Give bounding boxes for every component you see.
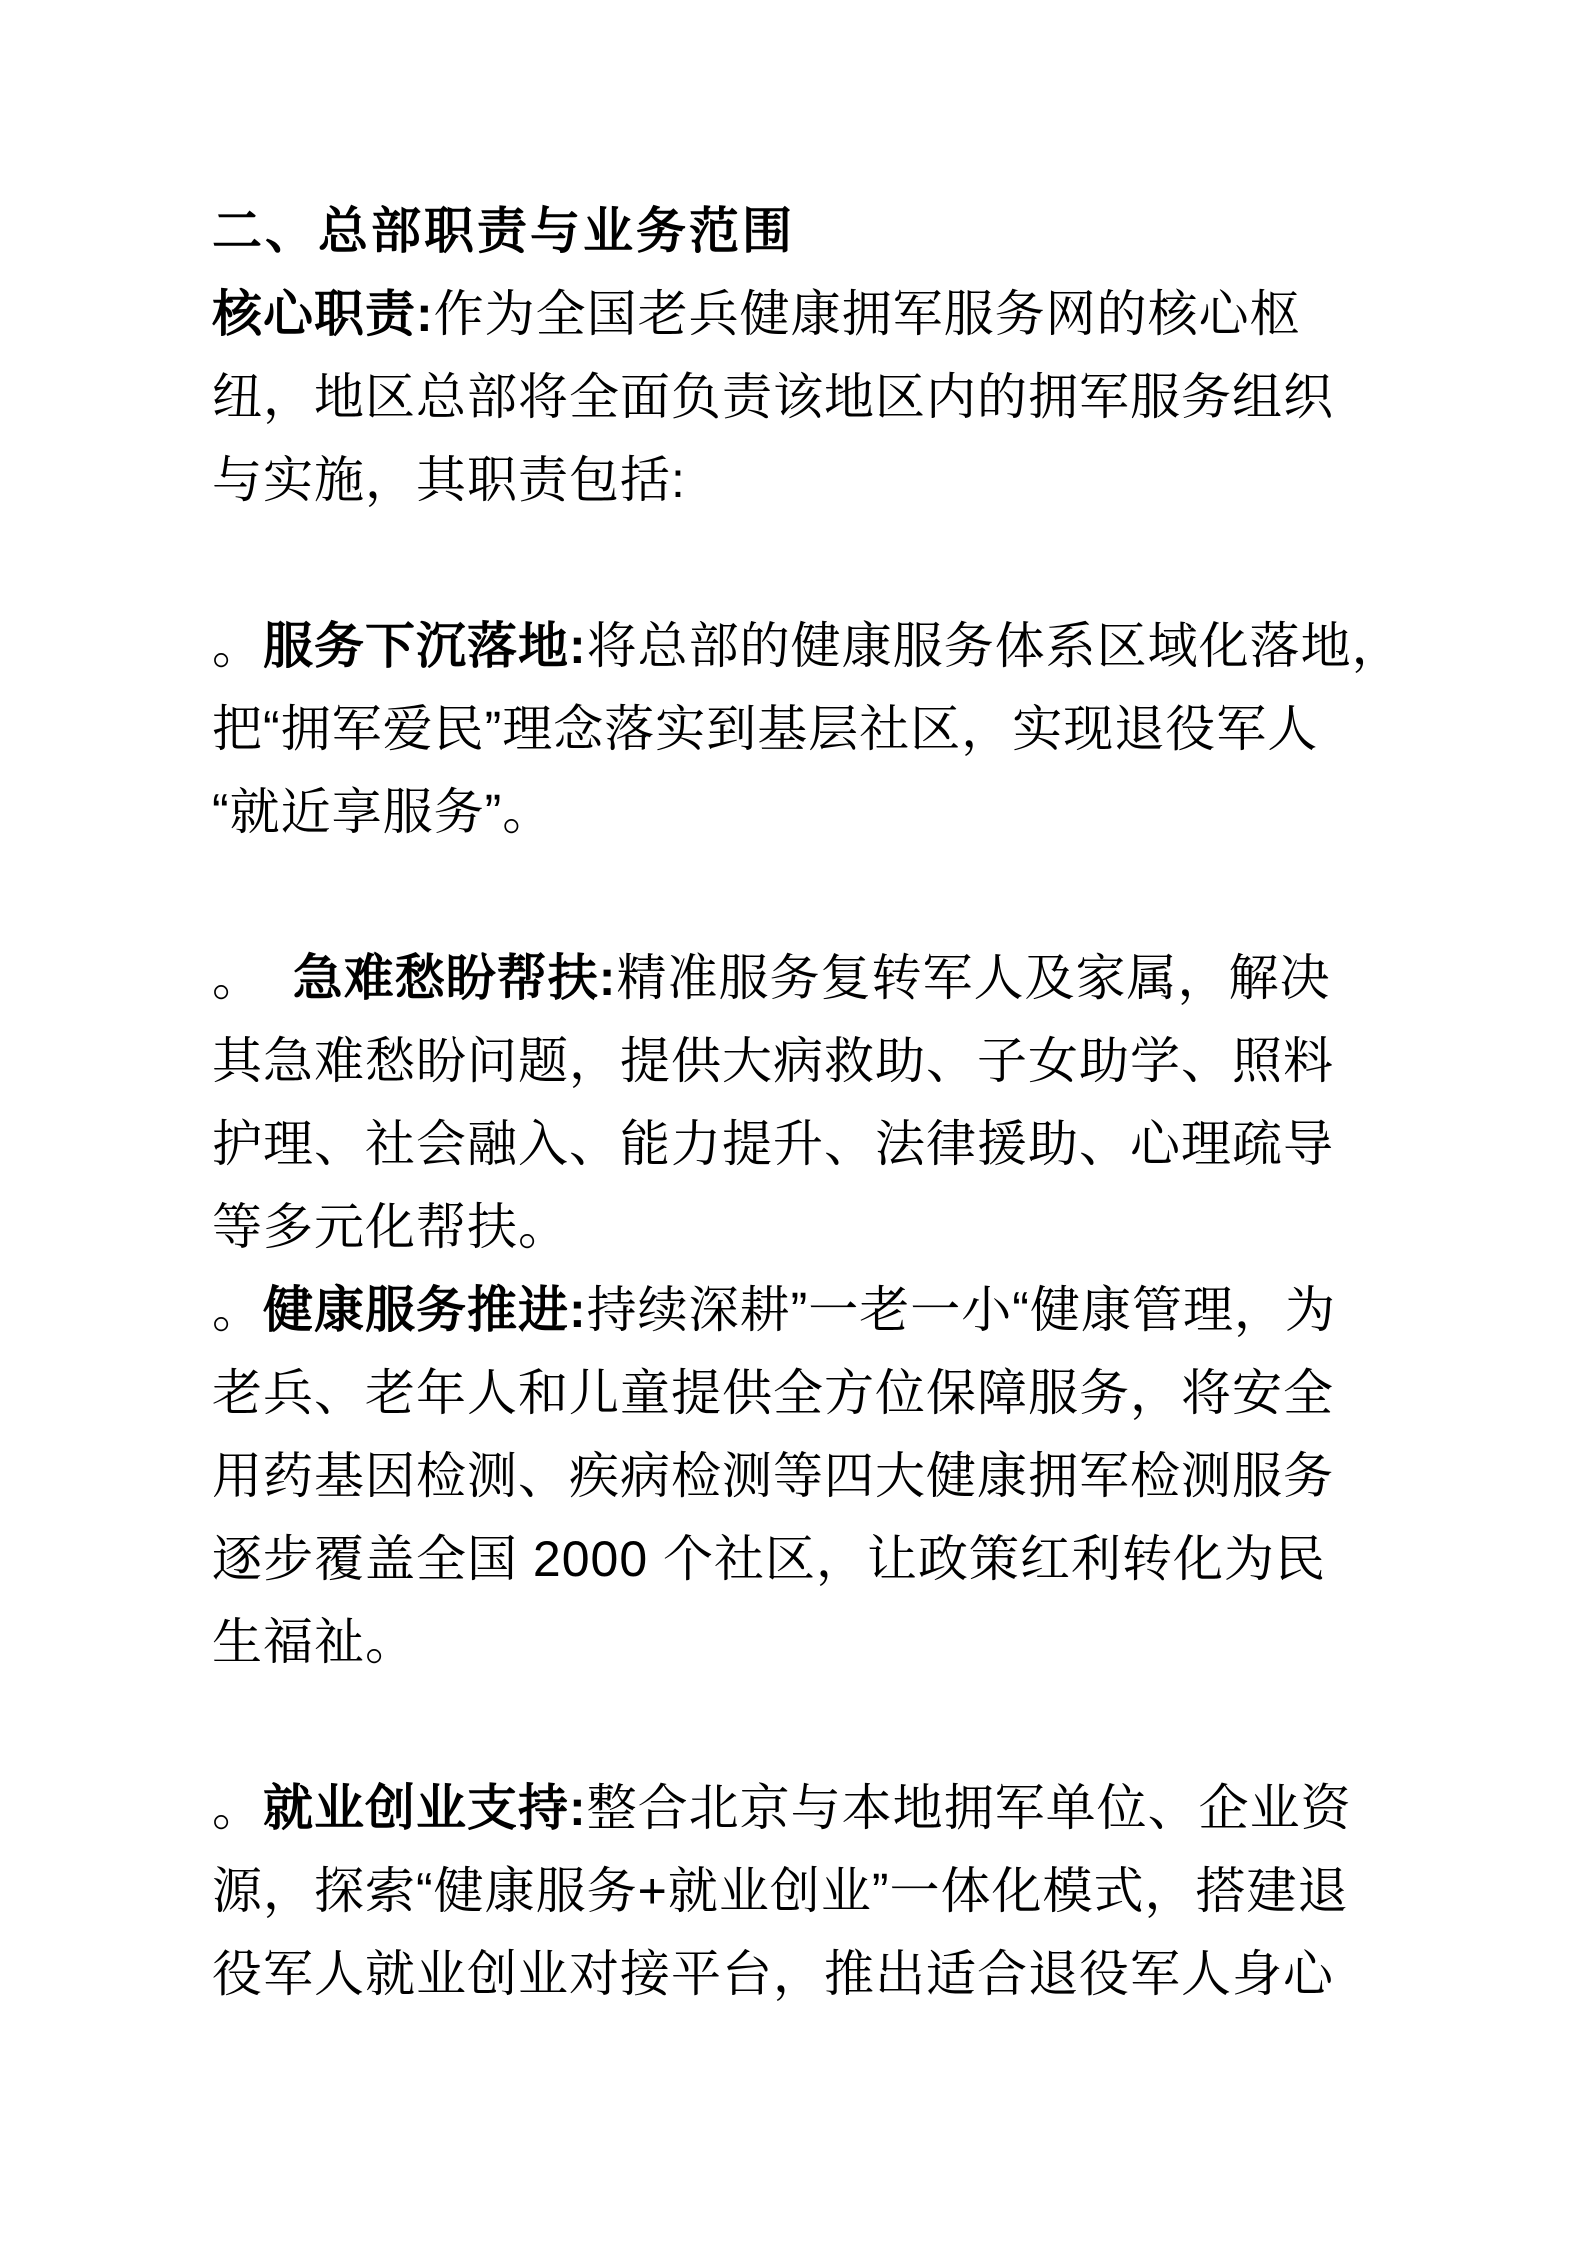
core-duty-line: 核心职责:作为全国老兵健康拥军服务网的核心枢	[212, 273, 1587, 356]
core-duty-line: 纽，地区总部将全面负责该地区内的拥军服务组织	[212, 356, 1587, 439]
core-duty-line: 与实施，其职责包括:	[212, 439, 1587, 522]
text-run: 护理、社会融入、能力提升、法律援助、心理疏导	[212, 1116, 1334, 1172]
text-run: 整合北京与本地拥军单位、企业资	[587, 1780, 1352, 1836]
bold-label: 就业创业支持:	[263, 1780, 587, 1836]
document-body: 二、总部职责与业务范围核心职责:作为全国老兵健康拥军服务网的核心枢纽，地区总部将…	[212, 190, 1587, 2016]
service-sinking-line: “就近享服务”。	[212, 771, 1587, 854]
text-run: 精准服务复转军人及家属，解决	[616, 950, 1330, 1006]
text-run: 逐步覆盖全国 2000 个社区，让政策红利转化为民	[212, 1531, 1326, 1587]
employment-support-line: 役军人就业创业对接平台，推出适合退役军人身心	[212, 1933, 1587, 2016]
text-run: 与实施，其职责包括:	[212, 452, 686, 508]
text-run: 纽，地区总部将全面负责该地区内的拥军服务组织	[212, 369, 1334, 425]
text-run: 。	[212, 950, 293, 1006]
service-sinking-line: 把“拥军爱民”理念落实到基层社区，实现退役军人	[212, 688, 1587, 771]
bold-label: 核心职责:	[212, 286, 434, 342]
blank-line	[212, 522, 1587, 605]
bold-label: 急难愁盼帮扶:	[293, 950, 617, 1006]
text-run: “就近享服务”。	[212, 784, 553, 840]
document-page: 二、总部职责与业务范围核心职责:作为全国老兵健康拥军服务网的核心枢纽，地区总部将…	[0, 0, 1587, 2245]
text-run: 持续深耕”一老一小“健康管理，为	[587, 1282, 1336, 1338]
text-run: 源，探索“健康服务+就业创业”一体化模式，搭建退	[212, 1863, 1349, 1919]
bold-label: 二、总部职责与业务范围	[212, 203, 795, 259]
health-service-line: 生福祉。	[212, 1601, 1587, 1684]
bold-label: 健康服务推进:	[263, 1282, 587, 1338]
employment-support-line: 。就业创业支持:整合北京与本地拥军单位、企业资	[212, 1767, 1587, 1850]
service-sinking-line: 。服务下沉落地:将总部的健康服务体系区域化落地，	[212, 605, 1587, 688]
health-service-line: 用药基因检测、疾病检测等四大健康拥军检测服务	[212, 1435, 1587, 1518]
text-run: 。	[212, 1282, 263, 1338]
health-service-line: 老兵、老年人和儿童提供全方位保障服务，将安全	[212, 1352, 1587, 1435]
text-run: 等多元化帮扶。	[212, 1199, 569, 1255]
text-run: 役军人就业创业对接平台，推出适合退役军人身心	[212, 1946, 1334, 2002]
urgent-help-line: 。 急难愁盼帮扶:精准服务复转军人及家属，解决	[212, 937, 1587, 1020]
text-run: 老兵、老年人和儿童提供全方位保障服务，将安全	[212, 1365, 1334, 1421]
text-run: 生福祉。	[212, 1614, 416, 1670]
section-heading-line: 二、总部职责与业务范围	[212, 190, 1587, 273]
text-run: 用药基因检测、疾病检测等四大健康拥军检测服务	[212, 1448, 1334, 1504]
text-run: 作为全国老兵健康拥军服务网的核心枢	[434, 286, 1301, 342]
health-service-line: 逐步覆盖全国 2000 个社区，让政策红利转化为民	[212, 1518, 1587, 1601]
blank-line	[212, 854, 1587, 937]
urgent-help-line: 护理、社会融入、能力提升、法律援助、心理疏导	[212, 1103, 1587, 1186]
urgent-help-line: 其急难愁盼问题，提供大病救助、子女助学、照料	[212, 1020, 1587, 1103]
health-service-line: 。健康服务推进:持续深耕”一老一小“健康管理，为	[212, 1269, 1587, 1352]
text-run: 。	[212, 1780, 263, 1836]
bold-label: 服务下沉落地:	[263, 618, 587, 674]
text-run: 其急难愁盼问题，提供大病救助、子女助学、照料	[212, 1033, 1334, 1089]
employment-support-line: 源，探索“健康服务+就业创业”一体化模式，搭建退	[212, 1850, 1587, 1933]
text-run: 。	[212, 618, 263, 674]
urgent-help-line: 等多元化帮扶。	[212, 1186, 1587, 1269]
text-run: 将总部的健康服务体系区域化落地，	[587, 618, 1403, 674]
blank-line	[212, 1684, 1587, 1767]
text-run: 把“拥军爱民”理念落实到基层社区，实现退役军人	[212, 701, 1318, 757]
